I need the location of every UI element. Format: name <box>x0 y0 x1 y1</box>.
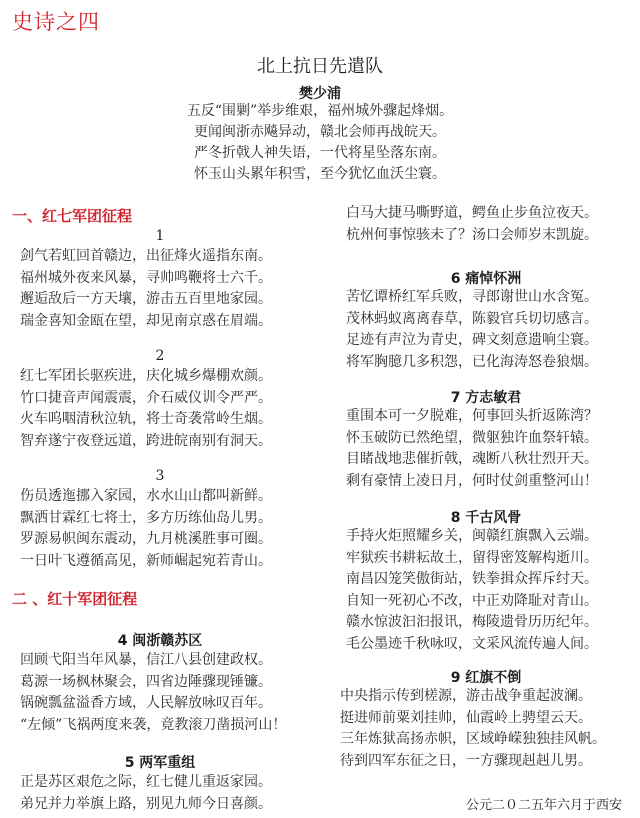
stanza-heading: 1 <box>20 228 300 244</box>
intro-line: 严冬折戟人神失语，一代将星坠落东南。 <box>0 143 640 164</box>
verse-line: 罗源易帜闽东震动，九月桃溪胜事可圈。 <box>20 529 272 551</box>
stanza-2: 红七军团长驱疾进，庆化城乡爆棚欢颜。 竹口捷音声闻震震，介石威仪训令严严。 火车… <box>20 366 272 452</box>
intro-line: 怀玉山头累年积雪，至今犹忆血沃尘寰。 <box>0 164 640 185</box>
verse-line: 毛公墨迹千秋咏叹，文采风流传遍人间。 <box>346 634 598 656</box>
section-heading-2: 二 、红十军团征程 <box>12 588 137 609</box>
stanza-heading: 7 方志敏君 <box>346 387 626 407</box>
verse-line: 目睹战地悲催折戟，魂断八秋壮烈开天。 <box>346 449 598 471</box>
verse-line: 瑞金喜知金瓯在望，却见南京惑在眉端。 <box>20 311 272 333</box>
verse-line: 牢狱疾书耕耘故土，留得密笈解构逝川。 <box>346 548 598 570</box>
verse-line: 回顾弋阳当年风暴，信江八县创建政权。 <box>20 650 286 672</box>
stanza-heading: 3 <box>20 468 300 484</box>
stanza-heading: 9 红旗不倒 <box>346 667 626 687</box>
stanza-heading: 2 <box>20 348 300 364</box>
stanza-8: 手持火炬照耀乡关，闽赣红旗飘入云端。 牢狱疾书耕耘故土，留得密笈解构逝川。 南昌… <box>346 526 598 655</box>
verse-line: 南昌囚笼笑傲街站，铁拳揖众挥斥纣天。 <box>346 569 598 591</box>
verse-line: 智弃遂宁夜登远道，跨进皖南别有洞天。 <box>20 431 272 453</box>
stanza-heading: 4 闽浙赣苏区 <box>20 630 300 650</box>
author-name: 樊少浦 <box>0 83 640 103</box>
intro-line: 五反“围剿”举步维艰，福州城外骤起烽烟。 <box>0 101 640 122</box>
verse-line: 杭州何事惊骇未了？汤口会师岁末凯旋。 <box>346 225 598 247</box>
verse-line: 白马大捷马嘶野道，鳄鱼止步鱼泣夜天。 <box>346 203 598 225</box>
verse-line: 竹口捷音声闻震震，介石威仪训令严严。 <box>20 388 272 410</box>
section-heading-1: 一、红七军团征程 <box>12 205 132 226</box>
verse-line: 葛源一场枫林聚会，四省边陲骤现锤镰。 <box>20 672 286 694</box>
stanza-7: 重围本可一夕脱难，何事回头折返陈湾？ 怀玉破防已然绝望，微躯独许血祭轩辕。 目睹… <box>346 406 598 492</box>
verse-line: 中央指示传到槎源，游击战争重起波澜。 <box>340 686 606 708</box>
intro-line: 更闻闽浙赤飚异动，赣北会师再战皖天。 <box>0 122 640 143</box>
stanza-6: 苦忆谭桥红军兵败，寻郎谢世山水含冤。 茂林蚂蚁离离春草，陈毅官兵切切感言。 足迹… <box>346 287 598 373</box>
verse-line: 剩有豪情上凌日月，何时仗剑重整河山！ <box>346 471 598 493</box>
verse-line: 弟兄并力举旗上路，别见九师今日喜颜。 <box>20 794 272 816</box>
verse-line: 三年炼狱高扬赤帜，区域峥嵘独独挂风帆。 <box>340 729 606 751</box>
stanza-9: 中央指示传到槎源，游击战争重起波澜。 挺进师前粟刘挂帅，仙霞岭上骋望云天。 三年… <box>340 686 606 772</box>
stanza-heading: 6 痛悼怀洲 <box>346 268 626 288</box>
verse-line: 火车呜咽清秋泣轨，将士奇袭常岭生烟。 <box>20 409 272 431</box>
stanza-4: 回顾弋阳当年风暴，信江八县创建政权。 葛源一场枫林聚会，四省边陲骤现锤镰。 锅碗… <box>20 650 286 736</box>
verse-line: 锅碗瓢盆溢香方域，人民解放咏叹百年。 <box>20 693 286 715</box>
verse-line: 挺进师前粟刘挂帅，仙霞岭上骋望云天。 <box>340 708 606 730</box>
verse-line: 苦忆谭桥红军兵败，寻郎谢世山水含冤。 <box>346 287 598 309</box>
verse-line: 正是苏区艰危之际，红七健儿重返家园。 <box>20 772 272 794</box>
date-signature: 公元二０二五年六月于西安 <box>466 794 622 813</box>
verse-line: 伤员透迤挪入家园，水水山山都叫新鲜。 <box>20 486 272 508</box>
stanza-heading: 8 千古风骨 <box>346 507 626 527</box>
stanza-1: 剑气若虹回首赣边，出征烽火遥指东南。 福州城外夜来风暴，寻帅鸣鞭将士六千。 邂逅… <box>20 246 272 332</box>
poem-title: 北上抗日先遣队 <box>0 52 640 78</box>
verse-line: 自知一死初心不改，中正劝降耻对青山。 <box>346 591 598 613</box>
stanza-5-part-1: 正是苏区艰危之际，红七健儿重返家园。 弟兄并力举旗上路，别见九师今日喜颜。 <box>20 772 272 815</box>
verse-line: 怀玉破防已然绝望，微躯独许血祭轩辕。 <box>346 428 598 450</box>
verse-line: 一日叶飞遵循高见，新师崛起宛若青山。 <box>20 551 272 573</box>
verse-line: 待到四军东征之日，一方骤现赳赳儿男。 <box>340 751 606 773</box>
stanza-3: 伤员透迤挪入家园，水水山山都叫新鲜。 飘洒甘霖红七将士，多方历练仙岛儿男。 罗源… <box>20 486 272 572</box>
stanza-heading: 5 两军重组 <box>20 752 300 772</box>
verse-line: 手持火炬照耀乡关，闽赣红旗飘入云端。 <box>346 526 598 548</box>
verse-line: 赣水惊波汩汩报讯，梅陵遗骨历历纪年。 <box>346 612 598 634</box>
verse-line: 足迹有声泣为青史，碑文刻意遗响尘寰。 <box>346 330 598 352</box>
verse-line: 剑气若虹回首赣边，出征烽火遥指东南。 <box>20 246 272 268</box>
verse-line: 福州城外夜来风暴，寻帅鸣鞭将士六千。 <box>20 268 272 290</box>
verse-line: 重围本可一夕脱难，何事回头折返陈湾？ <box>346 406 598 428</box>
verse-line: 红七军团长驱疾进，庆化城乡爆棚欢颜。 <box>20 366 272 388</box>
series-title: 史诗之四 <box>12 6 100 36</box>
verse-line: 邂逅敌后一方天壤，游击五百里地家园。 <box>20 289 272 311</box>
intro-stanza: 五反“围剿”举步维艰，福州城外骤起烽烟。 更闻闽浙赤飚异动，赣北会师再战皖天。 … <box>0 101 640 185</box>
verse-line: 茂林蚂蚁离离春草，陈毅官兵切切感言。 <box>346 309 598 331</box>
verse-line: “左倾”飞祸两度来袭，竟教滚刀凿损河山！ <box>20 715 286 737</box>
verse-line: 将军胸臆几多积怨，已化海涛怒卷狼烟。 <box>346 352 598 374</box>
verse-line: 飘洒甘霖红七将士，多方历练仙岛儿男。 <box>20 508 272 530</box>
stanza-5-part-2: 白马大捷马嘶野道，鳄鱼止步鱼泣夜天。 杭州何事惊骇未了？汤口会师岁末凯旋。 <box>346 203 598 246</box>
